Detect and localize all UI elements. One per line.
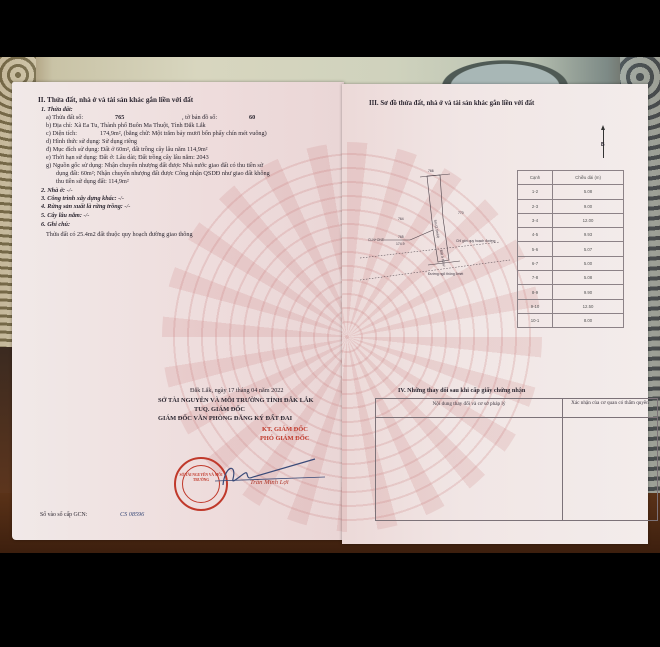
area-label: c) Diện tích: bbox=[46, 131, 77, 137]
usage-form-field: d) Hình thức sử dụng: Sử dụng riêng bbox=[46, 139, 137, 145]
header-edge: Cạnh bbox=[518, 171, 553, 185]
note-text: Thửa đất có 25.4m2 đất thuộc quy hoạch đ… bbox=[46, 232, 193, 238]
length-cell: 9.93 bbox=[553, 228, 624, 242]
changes-header-content: Nội dung thay đổi và cơ sở pháp lý bbox=[376, 399, 563, 418]
item-perennial-trees: 5. Cây lâu năm: -/- bbox=[41, 213, 89, 219]
edge-cell: 9-10 bbox=[518, 299, 553, 313]
area-value: 174,9m², (bằng chữ: Một trăm bảy mươi bố… bbox=[100, 131, 267, 137]
table-row: 6-75.00 bbox=[518, 256, 624, 270]
map-sheet-value: 60 bbox=[249, 115, 255, 121]
edge-cell: 1-2 bbox=[518, 185, 553, 199]
length-cell: 12.00 bbox=[553, 213, 624, 227]
usage-origin-line-3: thu tiền sử dụng đất: 114,9m² bbox=[56, 179, 129, 185]
svg-text:Đường ngõ thông 5mét: Đường ngõ thông 5mét bbox=[428, 272, 463, 276]
section-iv-title: IV. Những thay đổi sau khi cấp giấy chứn… bbox=[398, 388, 525, 394]
edge-cell: 7-8 bbox=[518, 271, 553, 285]
table-row: 9-1012.50 bbox=[518, 299, 624, 313]
parcel-heading: 1. Thửa đất: bbox=[41, 107, 73, 113]
table-row: 2-39.00 bbox=[518, 199, 624, 213]
parcel-number-label: a) Thửa đất số: bbox=[46, 115, 83, 121]
item-house: 2. Nhà ở: -/- bbox=[41, 188, 73, 194]
edge-cell: 3-4 bbox=[518, 213, 553, 227]
registry-number: CS 08596 bbox=[120, 512, 144, 518]
edge-cell: 10-1 bbox=[518, 313, 553, 327]
table-row: 5-65.07 bbox=[518, 242, 624, 256]
svg-text:764: 764 bbox=[398, 217, 404, 221]
length-cell: 12.50 bbox=[553, 299, 624, 313]
length-cell: 5.08 bbox=[553, 271, 624, 285]
item-production-forest: 4. Rừng sản xuất là rừng trồng: -/- bbox=[41, 204, 130, 210]
table-row: 8-99.90 bbox=[518, 285, 624, 299]
changes-table: Nội dung thay đổi và cơ sở pháp lý Xác n… bbox=[375, 398, 658, 521]
parcel-number-value: 765 bbox=[115, 115, 124, 121]
north-label: B bbox=[601, 142, 605, 148]
length-cell: 5.07 bbox=[553, 242, 624, 256]
edge-cell: 2-3 bbox=[518, 199, 553, 213]
address-field: b) Địa chỉ: Xã Ea Tu, Thành phố Buôn Ma … bbox=[46, 123, 206, 129]
length-cell: 5.08 bbox=[553, 185, 624, 199]
length-cell: 9.00 bbox=[553, 199, 624, 213]
edge-cell: 6-7 bbox=[518, 256, 553, 270]
usage-term-field: e) Thời hạn sử dụng: Đất ở: Lâu dài; Đất… bbox=[46, 155, 209, 161]
usage-purpose-field: đ) Mục đích sử dụng: Đất ở 60m², đất trồ… bbox=[46, 147, 208, 153]
decorative-ornament bbox=[420, 51, 590, 87]
edge-table-header: Cạnh Chiều dài (m) bbox=[518, 171, 624, 185]
svg-text:766: 766 bbox=[428, 169, 434, 173]
length-cell: 5.00 bbox=[553, 256, 624, 270]
deputy-director: PHÓ GIÁM ĐỐC bbox=[260, 436, 309, 442]
map-sheet-label: , tờ bản đồ số: bbox=[182, 115, 217, 121]
section-ii-title: II. Thửa đất, nhà ở và tài sản khác gắn … bbox=[38, 96, 193, 104]
table-row: 10-18.00 bbox=[518, 313, 624, 327]
table-row: 1-25.08 bbox=[518, 185, 624, 199]
length-cell: 9.90 bbox=[553, 285, 624, 299]
edge-length-table: Cạnh Chiều dài (m) 1-25.082-39.003-412.0… bbox=[517, 170, 624, 328]
registry-label: Số vào sổ cấp GCN: bbox=[40, 513, 87, 519]
svg-text:CLN+ONT: CLN+ONT bbox=[368, 238, 384, 242]
table-row: 3-412.00 bbox=[518, 213, 624, 227]
changes-content-cell bbox=[376, 418, 563, 521]
parcel-diagram: 766 764 770 CLN+ONT 765 174.9 Chỉ giới q… bbox=[360, 160, 510, 290]
tuq-director: TUQ. GIÁM ĐỐC bbox=[194, 407, 245, 413]
issue-date: Đắk Lắk, ngày 17 tháng 04 năm 2022 bbox=[190, 388, 283, 394]
item-other-construction: 3. Công trình xây dựng khác: -/- bbox=[41, 196, 124, 202]
length-cell: 8.00 bbox=[553, 313, 624, 327]
header-length: Chiều dài (m) bbox=[553, 171, 624, 185]
office-director: GIÁM ĐỐC VĂN PHÒNG ĐĂNG KÝ ĐẤT ĐAI bbox=[158, 416, 292, 422]
table-row: 7-85.08 bbox=[518, 271, 624, 285]
edge-cell: 4-5 bbox=[518, 228, 553, 242]
changes-confirmation-cell bbox=[563, 418, 658, 521]
signature-mark bbox=[215, 455, 335, 495]
item-notes: 6. Ghi chú: bbox=[41, 222, 70, 228]
kt-director: KT. GIÁM ĐỐC bbox=[262, 427, 308, 433]
issuing-org: SỞ TÀI NGUYÊN VÀ MÔI TRƯỜNG TỈNH ĐẮK LẮK bbox=[158, 398, 314, 404]
svg-text:Đất ở 60m²: Đất ở 60m² bbox=[439, 249, 446, 267]
usage-origin-line-1: g) Nguồn gốc sử dụng: Nhận chuyển nhượng… bbox=[46, 163, 263, 169]
edge-cell: 8-9 bbox=[518, 285, 553, 299]
svg-text:Chỉ giới quy hoạch đường: Chỉ giới quy hoạch đường bbox=[456, 239, 495, 243]
section-iii-title: III. Sơ đồ thửa đất, nhà ở và tài sản kh… bbox=[369, 100, 534, 107]
svg-text:770: 770 bbox=[458, 211, 464, 215]
usage-origin-line-2: dụng đất: 60m²; Nhận chuyển nhượng đất đ… bbox=[56, 171, 270, 177]
svg-text:765: 765 bbox=[398, 235, 404, 239]
edge-cell: 5-6 bbox=[518, 242, 553, 256]
changes-header-confirmation: Xác nhận của cơ quan có thẩm quyền bbox=[563, 399, 658, 418]
svg-text:174.9: 174.9 bbox=[396, 242, 405, 246]
table-row: 4-59.93 bbox=[518, 228, 624, 242]
